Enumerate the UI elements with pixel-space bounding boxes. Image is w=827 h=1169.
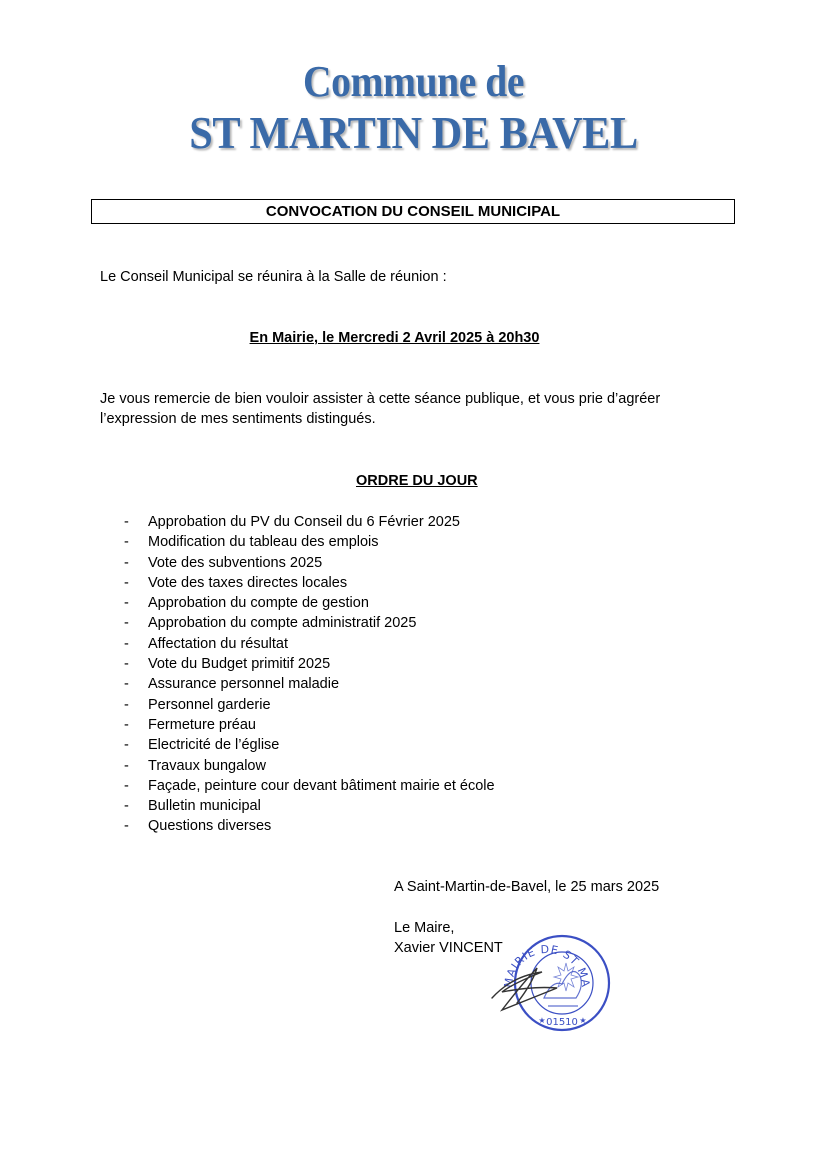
agenda-item-text: Personnel garderie bbox=[148, 695, 271, 715]
signature-role: Le Maire, bbox=[394, 918, 454, 938]
meeting-datetime: En Mairie, le Mercredi 2 Avril 2025 à 20… bbox=[0, 328, 827, 348]
bullet-dash: - bbox=[124, 674, 129, 694]
document-title: CONVOCATION DU CONSEIL MUNICIPAL bbox=[91, 199, 735, 224]
signature-scribble-icon bbox=[492, 968, 557, 1010]
agenda-item-text: Assurance personnel maladie bbox=[148, 674, 339, 694]
bullet-dash: - bbox=[124, 573, 129, 593]
bullet-dash: - bbox=[124, 715, 129, 735]
politeness-line-1: Je vous remercie de bien vouloir assiste… bbox=[100, 389, 660, 409]
bullet-dash: - bbox=[124, 512, 129, 532]
bullet-dash: - bbox=[124, 756, 129, 776]
agenda-item-text: Questions diverses bbox=[148, 816, 271, 836]
bullet-dash: - bbox=[124, 593, 129, 613]
header-commune-name: ST MARTIN DE BAVEL bbox=[33, 110, 794, 156]
bullet-dash: - bbox=[124, 553, 129, 573]
politeness-line-2: l’expression de mes sentiments distingué… bbox=[100, 409, 660, 429]
agenda-item-text: Modification du tableau des emplois bbox=[148, 532, 379, 552]
signature-place-date: A Saint-Martin-de-Bavel, le 25 mars 2025 bbox=[394, 877, 659, 897]
bullet-dash: - bbox=[124, 654, 129, 674]
agenda-item-text: Façade, peinture cour devant bâtiment ma… bbox=[148, 776, 495, 796]
bullet-dash: - bbox=[124, 634, 129, 654]
header-commune-de: Commune de bbox=[41, 60, 785, 104]
svg-text:01510: 01510 bbox=[546, 1017, 578, 1028]
svg-text:★: ★ bbox=[538, 1016, 545, 1025]
agenda-item-text: Approbation du PV du Conseil du 6 Févrie… bbox=[148, 512, 460, 532]
bullet-dash: - bbox=[124, 695, 129, 715]
agenda-item-text: Vote des taxes directes locales bbox=[148, 573, 347, 593]
bullet-dash: - bbox=[124, 796, 129, 816]
agenda-item-text: Approbation du compte administratif 2025 bbox=[148, 613, 416, 633]
document-page: Commune de ST MARTIN DE BAVEL CONVOCATIO… bbox=[0, 0, 827, 1169]
intro-text: Le Conseil Municipal se réunira à la Sal… bbox=[100, 267, 447, 287]
agenda-item-text: Affectation du résultat bbox=[148, 634, 288, 654]
bullet-dash: - bbox=[124, 816, 129, 836]
agenda-item-text: Vote du Budget primitif 2025 bbox=[148, 654, 330, 674]
bullet-dash: - bbox=[124, 776, 129, 796]
meeting-datetime-text: En Mairie, le Mercredi 2 Avril 2025 à 20… bbox=[250, 330, 540, 346]
agenda-item-text: Travaux bungalow bbox=[148, 756, 266, 776]
agenda-item-text: Electricité de l’église bbox=[148, 735, 279, 755]
agenda-title: ORDRE DU JOUR bbox=[356, 471, 478, 491]
svg-text:★: ★ bbox=[579, 1016, 586, 1025]
bullet-dash: - bbox=[124, 735, 129, 755]
agenda-item-text: Fermeture préau bbox=[148, 715, 256, 735]
agenda-item-text: Vote des subventions 2025 bbox=[148, 553, 322, 573]
bullet-dash: - bbox=[124, 613, 129, 633]
agenda-item-text: Approbation du compte de gestion bbox=[148, 593, 369, 613]
official-stamp-icon: MAIRIE DE ST MARTIN DE BAVEL 01510 ★ ★ bbox=[482, 928, 612, 1038]
bullet-dash: - bbox=[124, 532, 129, 552]
agenda-item-text: Bulletin municipal bbox=[148, 796, 261, 816]
politeness-paragraph: Je vous remercie de bien vouloir assiste… bbox=[100, 389, 660, 430]
